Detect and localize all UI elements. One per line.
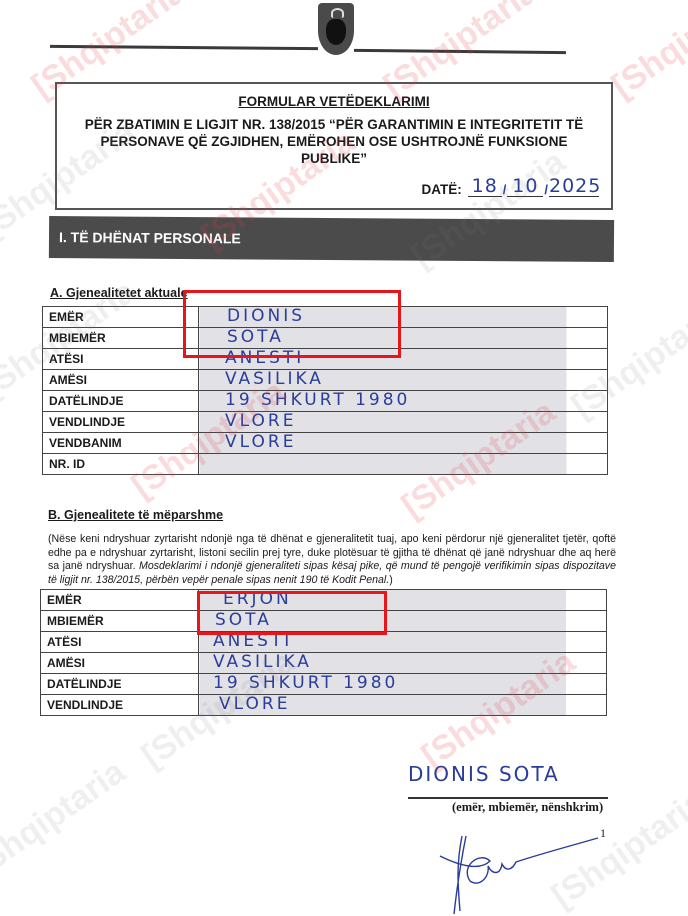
- row-label: AMËSI: [43, 370, 199, 391]
- form-title-box: FORMULAR VETËDEKLARIMI PËR ZBATIMIN E LI…: [55, 82, 613, 210]
- table-row: VENDBANIMVLORE: [43, 433, 608, 454]
- current-identity-heading: A. Gjenealitetet aktuale: [50, 286, 188, 300]
- row-label: VENDLINDJE: [41, 695, 199, 716]
- previous-birth-place-field[interactable]: VLORE: [199, 695, 607, 716]
- table-row: AMËSIVASILIKA: [43, 370, 608, 391]
- row-label: DATËLINDJE: [41, 674, 199, 695]
- previous-identity-heading: B. Gjenealitete të mëparshme: [48, 508, 223, 522]
- id-number-field[interactable]: [199, 454, 608, 475]
- birth-date-field[interactable]: 19 SHKURT 1980: [199, 391, 608, 412]
- signature-caption: (emër, mbiemër, nënshkrim): [452, 800, 603, 815]
- row-label: NR. ID: [43, 454, 199, 475]
- signature-scribble-icon: [430, 826, 610, 916]
- handwritten-name: DIONIS SOTA: [408, 762, 560, 786]
- highlight-box-current-name: [183, 290, 401, 358]
- row-label: VENDBANIM: [43, 433, 199, 454]
- law-line-2: PERSONAVE QË ZGJIDHEN, EMËROHEN OSE USHT…: [67, 133, 601, 150]
- previous-mother-name-field[interactable]: VASILIKA: [199, 653, 607, 674]
- birth-place-field[interactable]: VLORE: [199, 412, 608, 433]
- highlight-box-previous-name: [197, 591, 387, 635]
- section-banner-personal-data: I. TË DHËNAT PERSONALE: [49, 216, 614, 262]
- row-label: VENDLINDJE: [43, 412, 199, 433]
- watermark: [Shqiptaria: [605, 0, 688, 106]
- row-label: EMËR: [41, 590, 199, 611]
- date-month-field[interactable]: 10: [507, 176, 543, 197]
- residence-field[interactable]: VLORE: [199, 433, 608, 454]
- table-row: NR. ID: [43, 454, 608, 475]
- row-label: AMËSI: [41, 653, 199, 674]
- table-row: AMËSIVASILIKA: [41, 653, 607, 674]
- row-label: MBIEMËR: [43, 328, 199, 349]
- row-label: MBIEMËR: [41, 611, 199, 632]
- date-label: DATË:: [422, 182, 462, 197]
- note-close: ): [389, 574, 393, 586]
- section-title: I. TË DHËNAT PERSONALE: [59, 229, 241, 246]
- form-title: FORMULAR VETËDEKLARIMI: [57, 94, 611, 109]
- table-row: DATËLINDJE19 SHKURT 1980: [41, 674, 607, 695]
- previous-identity-note: (Nëse keni ndryshuar zyrtarisht ndonjë n…: [48, 533, 616, 587]
- law-reference: PËR ZBATIMIN E LIGJIT NR. 138/2015 “PËR …: [67, 116, 601, 167]
- law-line-1: PËR ZBATIMIN E LIGJIT NR. 138/2015 “PËR …: [67, 116, 601, 133]
- table-row: DATËLINDJE19 SHKURT 1980: [43, 391, 608, 412]
- header-rule-left: [50, 45, 318, 50]
- coat-of-arms-icon: [318, 3, 354, 55]
- mother-name-field[interactable]: VASILIKA: [199, 370, 608, 391]
- previous-birth-date-field[interactable]: 19 SHKURT 1980: [199, 674, 607, 695]
- watermark: [Shqiptaria: [0, 753, 133, 887]
- date-day-field[interactable]: 18: [468, 176, 502, 197]
- row-label: ATËSI: [43, 349, 199, 370]
- table-row: VENDLINDJEVLORE: [43, 412, 608, 433]
- row-label: ATËSI: [41, 632, 199, 653]
- row-label: DATËLINDJE: [43, 391, 199, 412]
- date-year-field[interactable]: 2025: [549, 176, 599, 197]
- date-row: DATË: 18 / 10 / 2025: [422, 176, 600, 197]
- row-label: EMËR: [43, 307, 199, 328]
- table-row: VENDLINDJEVLORE: [41, 695, 607, 716]
- law-line-3: PUBLIKE”: [67, 150, 601, 167]
- header-rule-right: [354, 49, 566, 54]
- signature-line: [408, 797, 608, 799]
